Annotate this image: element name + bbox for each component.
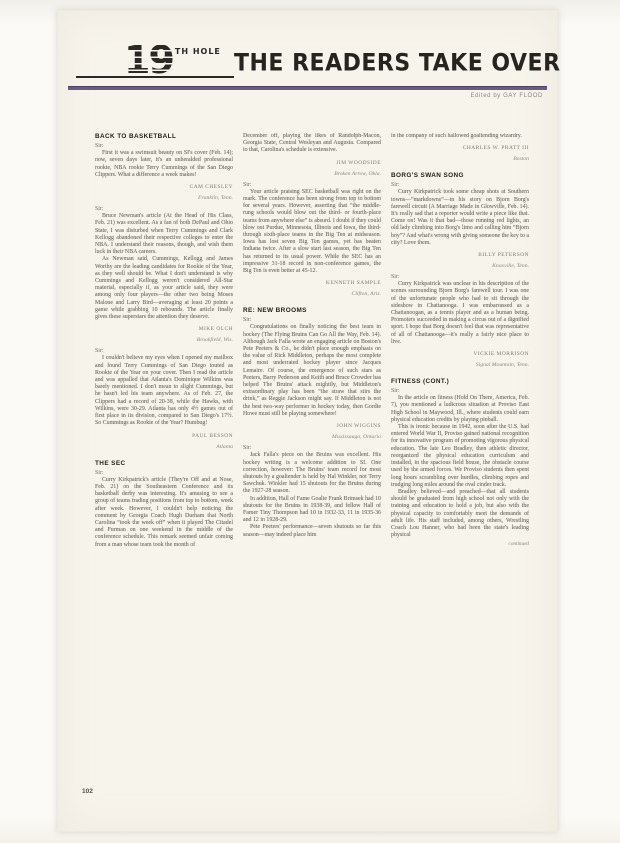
letter-paragraph: Bradley believed—and preached—that all s… xyxy=(391,489,529,539)
letter-paragraph: in the company of such hallowed goaltend… xyxy=(391,133,529,140)
edited-by-byline: Edited by GAY FLOOD xyxy=(58,90,557,99)
signature-name: Cam Chesley xyxy=(190,184,233,190)
letter-signature: Kenneth SampleClifton, Ariz. xyxy=(243,276,381,298)
letter-signature: Billy PetersonKnoxville, Tenn. xyxy=(391,248,529,270)
letter-paragraph: As Newman said, Cummings, Kellogg and Ja… xyxy=(95,256,233,321)
signature-name: John Wiggins xyxy=(337,423,381,429)
signature-name: Charles W. Pratt III xyxy=(463,145,529,151)
letter-section-heading: THE SEC xyxy=(95,460,233,467)
signature-place: Franklin, Tenn. xyxy=(198,195,233,201)
signature-place: Boston xyxy=(513,156,529,162)
signature-place: Broken Arrow, Okla. xyxy=(334,171,381,177)
signature-place: Mississauga, Ontario xyxy=(332,434,381,440)
signature-name: Billy Peterson xyxy=(478,252,529,258)
signature-place: Knoxville, Tenn. xyxy=(492,263,529,269)
magazine-page: 19TH HOLE THE READERS TAKE OVER Edited b… xyxy=(57,10,558,832)
letter-section-heading: BORG'S SWAN SONG xyxy=(391,172,529,179)
signature-name: Mike Olch xyxy=(199,326,233,332)
letter-section-heading: RE: NEW BROOMS xyxy=(243,307,381,314)
letter-paragraph: Your article praising SEC basketball was… xyxy=(243,189,381,275)
column-2: December off, playing the likes of Rando… xyxy=(243,133,381,805)
letter-signature: Vickie MorrisonSignal Mountain, Tenn. xyxy=(391,347,529,369)
letter-section-heading: FITNESS (CONT.) xyxy=(391,378,529,385)
letter-signature: Charles W. Pratt IIIBoston xyxy=(391,141,529,163)
logo-suffix: TH HOLE xyxy=(175,47,221,56)
letter-paragraph: Pete Peeters' performance—seven shutouts… xyxy=(243,524,381,538)
signature-place: Clifton, Ariz. xyxy=(352,291,381,297)
continued-marker: continued xyxy=(391,541,529,547)
signature-place: Signal Mountain, Tenn. xyxy=(476,362,529,368)
nineteenth-hole-logo: 19TH HOLE xyxy=(76,45,234,78)
letter-signature: John WigginsMississauga, Ontario xyxy=(243,419,381,441)
letter-signature: Paul BessonAtlanta xyxy=(95,429,233,451)
letter-paragraph: Curry Kirkpatrick was unclear in his des… xyxy=(391,281,529,346)
letter-paragraph: In addition, Hall of Fame Goalie Frank B… xyxy=(243,496,381,525)
letter-paragraph: I couldn't believe my eyes when I opened… xyxy=(95,355,233,427)
letter-paragraph: First it was a swimsuit beauty on SI's c… xyxy=(95,150,233,179)
letter-section-heading: BACK TO BASKETBALL xyxy=(95,133,233,140)
letter-paragraph: This is ironic because in 1942, soon aft… xyxy=(391,424,529,489)
letter-paragraph: December off, playing the likes of Rando… xyxy=(243,133,381,155)
letters-columns: BACK TO BASKETBALLSir:First it was a swi… xyxy=(95,133,529,805)
letter-signature: Jim WoodsideBroken Arrow, Okla. xyxy=(243,156,381,178)
page-header: 19TH HOLE THE READERS TAKE OVER Edited b… xyxy=(58,45,557,99)
signature-place: Brookfield, Wis. xyxy=(197,337,233,343)
column-1: BACK TO BASKETBALLSir:First it was a swi… xyxy=(95,133,233,805)
letter-paragraph: Bruce Newman's article (At the Head of H… xyxy=(95,213,233,256)
letter-paragraph: Congratulations on finally noticing the … xyxy=(243,324,381,418)
signature-name: Vickie Morrison xyxy=(473,351,529,357)
letter-salutation: Sir: xyxy=(243,182,381,189)
signature-name: Jim Woodside xyxy=(336,160,381,166)
letter-paragraph: Jack Falla's piece on the Bruins was exc… xyxy=(243,452,381,495)
page-number: 102 xyxy=(82,788,93,795)
signature-name: Kenneth Sample xyxy=(326,280,381,286)
letter-signature: Mike OlchBrookfield, Wis. xyxy=(95,322,233,344)
letter-paragraph: Curry Kirkpatrick took some cheap shots … xyxy=(391,189,529,247)
letter-salutation: Sir: xyxy=(95,470,233,477)
letter-paragraph: In the article on fitness (Hold On There… xyxy=(391,395,529,424)
page-title: THE READERS TAKE OVER xyxy=(234,52,561,78)
logo-number: 19 xyxy=(124,45,173,75)
column-3: in the company of such hallowed goaltend… xyxy=(391,133,529,805)
letter-signature: Cam ChesleyFranklin, Tenn. xyxy=(95,180,233,202)
signature-name: Paul Besson xyxy=(192,433,233,439)
letter-paragraph: Curry Kirkpatrick's article (They're Off… xyxy=(95,477,233,549)
signature-place: Atlanta xyxy=(216,444,233,450)
